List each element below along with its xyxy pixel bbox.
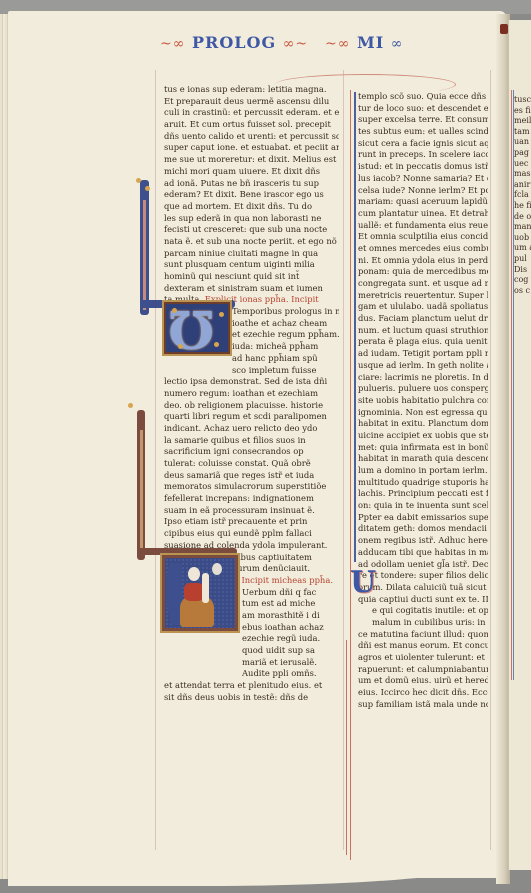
facing-page-red-rule [511, 90, 512, 680]
gold-dot [178, 344, 183, 349]
gold-dot [145, 186, 150, 191]
initial-extender-inner [140, 430, 143, 550]
flourish-ornament: ∞~ [283, 36, 308, 52]
spine-headband [500, 24, 508, 34]
decorated-initial-T: ℧ [162, 300, 232, 356]
flourish-ornament: ∞ [391, 36, 404, 52]
facing-page-text: tusc es fi meil tam uan pag uec mas anir… [514, 95, 531, 675]
running-header: ~∞ PROLOG ∞~ ~∞ MI ∞ [160, 33, 440, 53]
initial-extender-inner [143, 200, 146, 310]
header-text-right: MI [357, 33, 384, 52]
ruling-line [490, 70, 491, 850]
gold-dot [128, 403, 133, 408]
margin-flourish-red [350, 90, 351, 860]
flourish-ornament: ~∞ [325, 36, 350, 52]
running-header-left: ~∞ PROLOG ∞~ [160, 33, 308, 52]
gold-dot [136, 178, 141, 183]
page-bottom-curl [8, 840, 506, 886]
header-text-left: PROLOG [192, 33, 276, 52]
gold-dot [172, 308, 177, 313]
prophet-head [188, 567, 200, 581]
chapter-initial-U: U [350, 565, 376, 600]
ruling-line [343, 70, 344, 850]
gold-dot [214, 342, 219, 347]
text-column-right: templo scõ suo. Quia ecce dñs egredie tu… [358, 91, 488, 710]
scroll [202, 573, 209, 603]
prophet-tunic [184, 583, 204, 601]
historiated-initial-V [160, 553, 240, 633]
pen-flourish-descender [346, 640, 347, 855]
gold-dot [219, 312, 224, 317]
divine-figure-head [212, 563, 222, 575]
running-header-right: ~∞ MI ∞ [325, 33, 403, 52]
ruling-line [155, 70, 156, 850]
margin-flourish-blue [354, 92, 356, 562]
flourish-ornament: ~∞ [160, 36, 185, 52]
